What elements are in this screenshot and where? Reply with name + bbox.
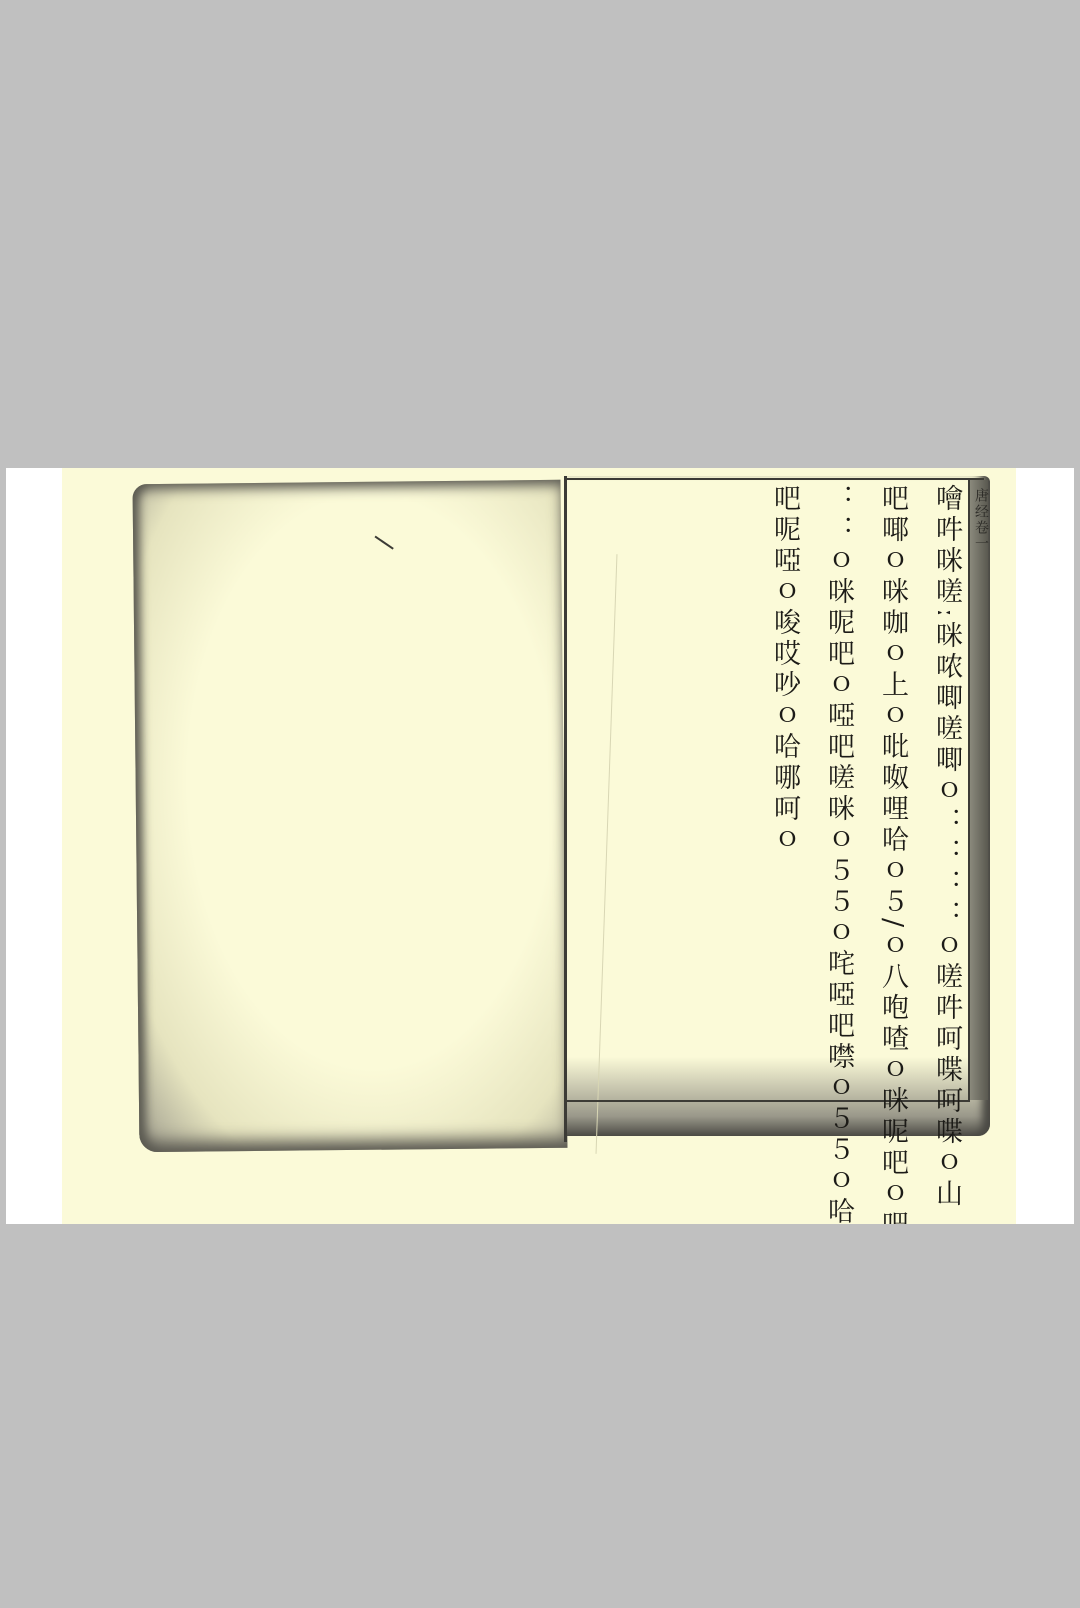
open-book: 唐经卷一 噲吽咪嗟ː咪哝唧嗟唧ｏ：：：：ｏ嗟吽呵喋呵喋ｏ山 吧㖿ｏ咪咖ｏ上ｏ吡呶…: [136, 474, 992, 1150]
scanned-page: 唐经卷一 噲吽咪嗟ː咪哝唧嗟唧ｏ：：：：ｏ嗟吽呵喋呵喋ｏ山 吧㖿ｏ咪咖ｏ上ｏ吡呶…: [62, 468, 1016, 1224]
text-column-1: 噲吽咪嗟ː咪哝唧嗟唧ｏ：：：：ｏ嗟吽呵喋呵喋ｏ山: [922, 484, 966, 1096]
book-spine: [564, 476, 567, 1142]
stray-pen-mark: [374, 536, 393, 550]
manuscript-text: 噲吽咪嗟ː咪哝唧嗟唧ｏ：：：：ｏ嗟吽呵喋呵喋ｏ山 吧㖿ｏ咪咖ｏ上ｏ吡呶哩哈ｏ５/…: [576, 484, 974, 1096]
left-page-blank: [133, 480, 568, 1152]
page-border-top: [564, 478, 984, 480]
text-column-2: 吧㖿ｏ咪咖ｏ上ｏ吡呶哩哈ｏ５/ｏ八咆喳ｏ咪呢吧ｏ吧唧: [868, 484, 912, 1096]
margin-title: 唐经卷一: [971, 488, 991, 552]
text-column-3: ：：ｏ咪呢吧ｏ啞吧嗟咪ｏ５５ｏ咤啞吧噤ｏ５５ｏ哈唧: [814, 484, 858, 1096]
page-border-bottom: [564, 1100, 970, 1102]
text-column-4: 吧呢啞ｏ唆哎吵ｏ哈哪呵ｏ: [760, 484, 804, 1096]
